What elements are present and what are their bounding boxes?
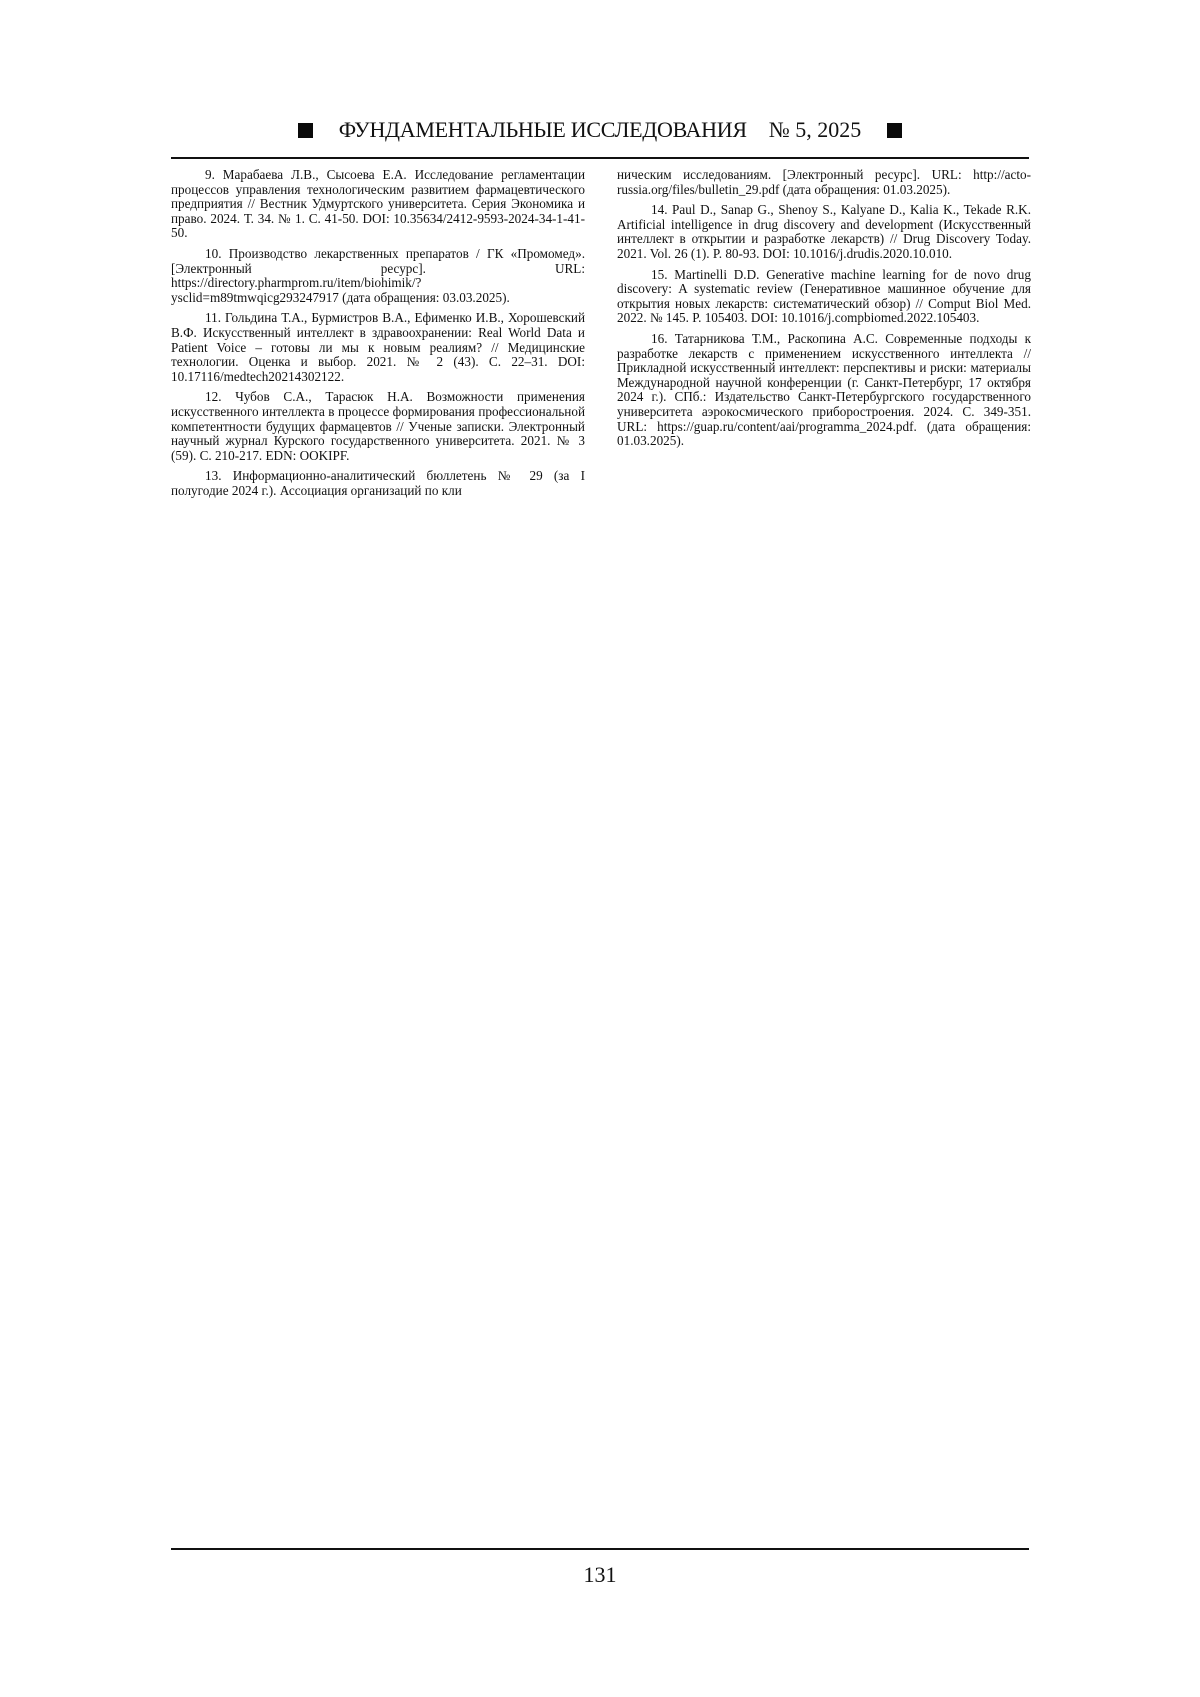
square-bullet-icon — [298, 123, 313, 138]
reference-item-10: 10. Производство лекарственных препарато… — [171, 247, 585, 305]
running-header: ФУНДАМЕНТАЛЬНЫЕ ИССЛЕДОВАНИЯ № 5, 2025 — [171, 110, 1029, 150]
reference-item-14: 14. Paul D., Sanap G., Shenoy S., Kalyan… — [617, 203, 1031, 261]
reference-item-9: 9. Марабаева Л.В., Сысоева Е.А. Исследов… — [171, 168, 585, 241]
footer-rule — [171, 1548, 1029, 1550]
reference-item-15: 15. Martinelli D.D. Generative machine l… — [617, 268, 1031, 326]
issue-number: № 5, 2025 — [769, 117, 862, 143]
references-left-column: 9. Марабаева Л.В., Сысоева Е.А. Исследов… — [171, 168, 585, 504]
reference-item-11: 11. Гольдина Т.А., Бурмистров В.А., Ефим… — [171, 311, 585, 384]
page-number: 131 — [0, 1562, 1200, 1588]
reference-item-12: 12. Чубов С.А., Тарасюк Н.А. Возможности… — [171, 390, 585, 463]
journal-title: ФУНДАМЕНТАЛЬНЫЕ ИССЛЕДОВАНИЯ — [339, 117, 747, 143]
square-bullet-icon — [887, 123, 902, 138]
reference-item-16: 16. Татарникова Т.М., Раскопина А.С. Сов… — [617, 332, 1031, 449]
reference-item-13: 13. Информационно-аналитический бюллетен… — [171, 469, 585, 498]
header-rule — [171, 157, 1029, 159]
reference-item-13-continuation: ническим исследованиям. [Электронный рес… — [617, 168, 1031, 197]
references-right-column: ническим исследованиям. [Электронный рес… — [617, 168, 1031, 455]
